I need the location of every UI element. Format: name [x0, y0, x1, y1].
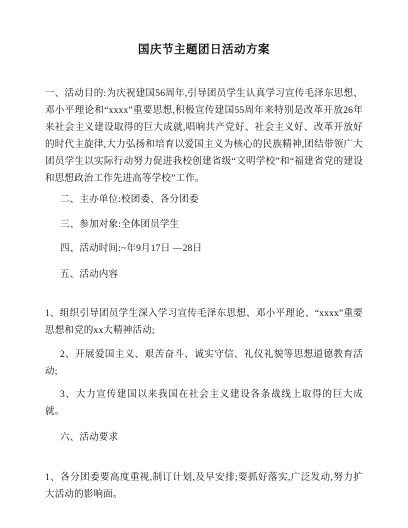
section-content-heading: 五、活动内容: [45, 267, 363, 284]
content-item-3: 3、大力宣传建国以来我国在社会主义建设各条战线上取得的巨大成就。: [45, 387, 363, 421]
section-participants: 三、参加对象:全体团员学生: [45, 217, 363, 234]
document-page: 国庆节主题团日活动方案 一、活动目的:为庆祝建国56周年,引导团员学生认真学习宣…: [0, 0, 408, 528]
section-time: 四、活动时间:~年9月17日 —28日: [45, 241, 363, 258]
section-requirements-heading: 六、活动要求: [45, 430, 363, 447]
content-item-2: 2、开展爱国主义、艰苦奋斗、诚实守信、礼仪礼貌等思想道德教育活动;: [45, 347, 363, 381]
content-item-1: 1、组织引导团员学生深入学习宣传毛泽东思想、邓小平理论、“xxxx”重要思想和党…: [45, 306, 363, 340]
section-purpose: 一、活动目的:为庆祝建国56周年,引导团员学生认真学习宣传毛泽东思想、邓小平理论…: [45, 86, 363, 188]
requirements-item-1: 1、各分团委要高度重视,制订计划,及早安排;要抓好落实,广泛发动,努力扩大活动的…: [45, 470, 363, 504]
document-title-text: 国庆节主题团日活动方案: [138, 44, 270, 56]
document-title: 国庆节主题团日活动方案: [45, 43, 363, 57]
section-organizer: 二、主办单位:校团委、各分团委: [45, 192, 363, 209]
